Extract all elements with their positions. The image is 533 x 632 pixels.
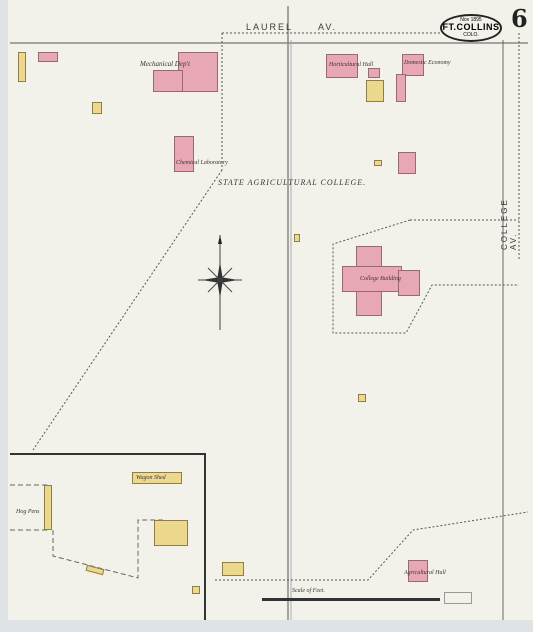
building-greenhouse: [398, 152, 416, 174]
building-college-east: [398, 270, 420, 296]
map-sheet: LAUREL AV. COLLEGE AV. Nov 1895 FT.COLLI…: [8, 0, 533, 620]
building-tiny-4: [192, 586, 200, 594]
label-wagon-shed: Wagon Shed: [136, 475, 166, 481]
building-mechanical-wing: [153, 70, 183, 92]
building-frame-1: [366, 80, 384, 102]
title-cartouche: Nov 1895 FT.COLLINS COLO.: [440, 14, 502, 42]
building-tiny-3: [358, 394, 366, 402]
building-outhouse: [92, 102, 102, 114]
building-tiny-frame: [374, 160, 382, 166]
building-barn: [154, 520, 188, 546]
street-av: AV.: [318, 22, 337, 32]
label-horticultural: Horticultural Hall: [329, 62, 373, 68]
label-college: College Building: [360, 276, 401, 282]
label-agricultural: Agricultural Hall: [404, 570, 446, 576]
map-linework: [8, 0, 533, 620]
scale-label: Scale of Feet.: [292, 588, 325, 594]
building-foundry: [222, 562, 244, 576]
label-chemical: Chemical Laboratory: [176, 160, 228, 166]
building-mechanical: [178, 52, 218, 92]
building-chemical: [174, 136, 194, 172]
building-hog-pen: [44, 485, 52, 530]
campus-title: STATE AGRICULTURAL COLLEGE.: [218, 178, 366, 187]
sheet-number: 6: [511, 4, 528, 33]
building-small-1: [368, 68, 380, 78]
compass-rose: [198, 235, 242, 330]
street-college: COLLEGE AV.: [500, 198, 518, 250]
city-name: FT.COLLINS: [442, 23, 500, 32]
label-domestic: Domestic Economy: [404, 60, 451, 66]
street-laurel: LAUREL: [246, 22, 293, 32]
label-mechanical: Mechanical Dep't: [140, 60, 190, 68]
building-shed: [18, 52, 26, 82]
bottom-margin: [0, 620, 533, 632]
building-small-brick: [38, 52, 58, 62]
building-tiny-2: [294, 234, 300, 242]
stamp-box: [444, 592, 472, 604]
label-hog-pens: Hog Pens: [16, 509, 40, 515]
state-name: COLO.: [442, 32, 500, 38]
building-domestic-wing: [396, 74, 406, 102]
